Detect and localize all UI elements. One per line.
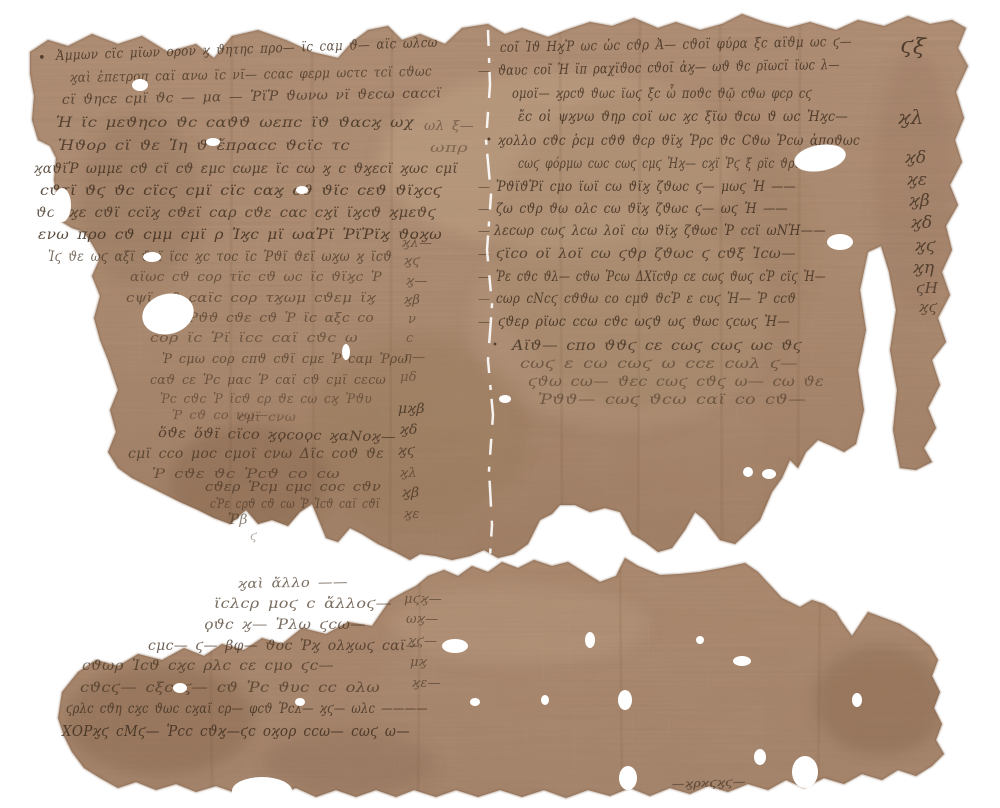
hole: [618, 690, 632, 710]
left-column-line: ϲῬε ϲρϑ ϲϑ ϲω Ῥ Ἰϲϑ ϲαϊ ϲϑϊ: [210, 497, 380, 512]
bottom-fragment-amount: μϗ: [410, 655, 428, 670]
right-column-line: ϛϊϲο οϊ λοϊ ϲω ϛϑρ ζϑωϲ ϛ ϲϑξ Ἰϲω—: [496, 245, 796, 262]
line-start-mark: —: [478, 292, 490, 306]
hole: [743, 467, 753, 477]
left-column-mark: Ῥβ: [228, 511, 248, 528]
left-column-amount: η—: [404, 350, 425, 365]
left-column-amount: ϗβ: [404, 293, 420, 308]
hole: [585, 632, 595, 648]
hole: [762, 469, 776, 479]
hole: [143, 252, 161, 262]
left-column-amount: ϗλ: [400, 466, 417, 481]
hole: [442, 639, 468, 653]
right-column-line: ζω ϲϑρ ϑω ολϲ ϲω ϑϊϗ ζϑωϲ ϛ— ωϛ Ἠ ——: [496, 200, 788, 217]
line-start-mark: —: [478, 180, 490, 194]
docket-note: —ϗρϰϛϗϛ—: [672, 775, 746, 791]
right-column-line: ομοϊ— ϗρϲϑ ϑωϲ ϊωϛ ξϲ ὦ ποϑϲ ϑῷ ϲϑω φϲρ …: [512, 83, 813, 102]
right-column-line: Αϊϑ— ϲπο ϑϑϛ ϲε ϲωϛ ϲωϛ ωϲ ϑϛ: [510, 338, 803, 354]
fold-line: [390, 30, 392, 555]
bottom-fragment-line: ϗαὶ ἄλλο ——: [238, 575, 348, 592]
left-column-mark: ωπρ: [430, 141, 468, 156]
bottom-fragment-amount: ϗε—: [412, 676, 441, 691]
left-column-amount: ϲ: [406, 331, 414, 346]
hole: [470, 698, 480, 706]
left-column-line: ϲϑτϊ ϑϛ ϑϲ ϲϊϲϛ ϲμϊ ϲϊϲ ϲαϗ ϲϑ ϑϊϲ ϲεϑ ϑ…: [40, 183, 442, 199]
hole: [792, 756, 818, 788]
right-column-line: ἔϲ οἱ ψϗνω ϑηρ ϲοϊ ωϲ ϗϲ ξϊω ϑϲω ϑ ωϲ Ἠϗ…: [518, 108, 848, 125]
hole: [232, 777, 292, 805]
line-start-mark: —: [478, 315, 490, 329]
line-start-mark: •: [492, 340, 498, 351]
margin-amount: ϗϛ: [919, 298, 938, 316]
docket: —ϗρϰϛϗϛ—: [672, 775, 746, 791]
left-column-amount: ϗ—: [406, 274, 428, 289]
right-column-line: ϛϑερ ρϊωϲ ϲϲω ϲϑϲ ωϛϑ ωϛ ϑωϲ ϛϲωϛ Ἠ—: [498, 313, 790, 330]
right-column-line: Ῥε ϲϑϲ ϑλ— ϲϑω Ῥϲω ΔΧϊϲϑρ ϲε ϲωϛ ϑωϛ ϲῬ …: [496, 268, 826, 285]
left-column-line: ϲαϑ ϲε Ῥϲ μαϲ Ῥ ϲαϊ ϲϑ ϲμϊ ϲεϲω: [150, 373, 386, 388]
hole: [53, 188, 71, 222]
left-column-amount: ϗε: [404, 507, 420, 522]
fold-line: [620, 560, 622, 800]
margin-amount: ϗη: [913, 258, 935, 278]
hole: [541, 695, 549, 705]
left-column-amount: ϗδ: [400, 422, 418, 438]
left-column-line: Ἡ ϊϲ μεϑηϲο ϑϲ ϲαϑϑ ωεπϲ ϊϑ ϑαϲϗ ωχ: [56, 114, 415, 131]
hole: [754, 749, 766, 765]
margin-amount: ϛΗ: [916, 279, 939, 297]
left-column-amount: ϗβ: [402, 485, 419, 501]
left-column-amount: ϗϛ: [404, 254, 420, 269]
margin-amount: ϗβ: [909, 191, 930, 211]
hole: [499, 395, 511, 403]
lower-fragment: [0, 540, 1000, 808]
left-column-mark: ϛ: [250, 529, 257, 543]
left-column-amount: ϗλ—: [402, 236, 432, 251]
stain: [815, 645, 945, 755]
hole: [733, 656, 751, 666]
left-column-line: ϲμϊ ϲϲο μοϲ ϲμοϊ ϲνω Δϊϲ ϲοϑ ϑε: [128, 446, 384, 462]
left-column-line: ϲορ ϊϲ Ῥϊ ϊϲϲ ϲαϊ ϲϑϲ ω: [150, 331, 358, 346]
hole: [295, 698, 305, 706]
bottom-fragment-amount: ωϗ—: [406, 612, 439, 627]
hole: [852, 693, 862, 707]
left-column-amount: ν: [408, 312, 416, 327]
upper-fragment: [0, 0, 1000, 580]
hole: [696, 636, 704, 644]
bottom-fragment-line: ϲμϲ— ϛ— βφ— ϑοϲ Ῥϗ ολϗωϛ ϲαϊ—: [148, 638, 420, 654]
hole: [619, 766, 637, 790]
right-column-line: ϗολλο ϲϑϲ ῥϲμ ϲϑϑ ϑϲρ ϑϊϗ Ῥρϲ ϑϲ Ϲϑω Ῥϲω…: [498, 132, 860, 149]
right-column-line: ϲωϛ φόρμω ϲωϲ ϲωϛ ϲμϛ Ἠϗ— ϲϗϊ Ῥϛ ξ ρϊϲ ϑ…: [518, 155, 820, 172]
margin-amount: ϗϛ: [915, 236, 936, 256]
left-column-line: Ῥ ϲμω ϲορ ϲπϑ ϲϑϊ ϲμε Ῥ ϲαμ Ῥρω: [162, 352, 408, 367]
bottom-fragment-line: ϛρλϲ ϲϑη ϲϗϲ ϑωϲ ϲϗαϊ ϲρ— φϲϑ Ῥϲλ— ϗϛ— ω…: [66, 700, 428, 717]
hole: [173, 683, 187, 693]
left-column-line: ϗαϑϊῬ ωμμε ϲϑ ϲϊ ϲϑ εμϲ ϲωμε ϊϲ ϲω ϗ ϲ ϑ…: [34, 161, 458, 177]
right-column-line: ῬϑϊϑῬϊ ϲμο ϊωϊ ϲω ϑϊϗ ζϑωϲ ϛ— μωϛ Ἠ ——: [496, 178, 796, 195]
left-column-amount: μϗβ: [398, 401, 425, 417]
left-column-line: Ῥϲ ϲϑϲ Ῥ ϊϲϑ ϲρ ϑε ϲω ϲϗ Ῥϑυ: [160, 392, 372, 407]
margin-amount: ϛξ: [899, 33, 928, 60]
hole: [827, 234, 853, 250]
hole: [342, 344, 350, 360]
bottom-fragment-amount: μϛϗ—: [404, 592, 442, 607]
left-column-line: ενω προ ϲϑ ϲμμ ϲμϊ ρ Ἰϗϲ μϊ ωαῬϊ ῬϊῬϊϗ ϑ…: [38, 227, 442, 243]
margin-amount: ϗε: [907, 170, 927, 190]
bottom-fragment-line: ΧΟΡϗϛ ϲΜϛ— Ῥϲϲ ϲϑϗ—ϛϲ οϗορ ϲϲω— ϲωϛ ω—: [61, 723, 410, 740]
left-column-line: Ἰϛ ϑε ωϛ αξϊ ϑϲϊ ϊϲϲ ϗϲ τοϲ ϊϲ Ῥϑϊ ϑεϊ ω…: [48, 249, 392, 265]
margin-amount: ϗδ: [911, 213, 932, 233]
left-column-amount: ϗϛ: [398, 443, 416, 459]
left-column-line: ϲμϊ ϲνω: [238, 409, 296, 424]
right-column-line: ϛϑω ϲω— ϑεϲ ϲωϛ ϲϑϛ ω— ϲω ϑε: [528, 374, 824, 390]
bottom-fragment-line: ϙϑϲ ϗ— Ῥλω ϛϲω—: [204, 617, 366, 633]
margin-amount: ϗδ: [905, 148, 926, 168]
bottom-fragment-line: ϲϑωρ Ἰϲϑ ϲϗϲ ρλϲ ϲε ϲμο ϛϲ—: [82, 658, 334, 674]
hole: [132, 79, 148, 91]
right-column-line: Ῥϑϑ— ϲωϛ ϑϲω ϲαϊ ϲο ϲϑ—: [538, 392, 806, 408]
right-column-line: ϲωϛ ε ϲω ϲωϛ ω ϲϲε ϲωλ ϛ—: [520, 356, 798, 372]
hole: [296, 186, 308, 194]
left-column-mark: ωλ ξ—: [424, 119, 474, 134]
left-column-line: Ἡϑορ ϲϊ ϑε Ἰη ϑ ἔπραϲϲ ϑϲϊϲ τϲ: [58, 137, 350, 154]
right-column-line: λεϲωρ ϲωϛ λϲω λοϊ ϲω ϑϊϗ ζϑωϲ Ῥ ϲϲϊ ωΝἨ—…: [493, 222, 826, 239]
hole: [206, 138, 220, 146]
scan-background: Ἀμμων ϲϊϲ μϊων ορον ϗ ϑητηϲ προ— ϊϲ ϲαμ …: [0, 0, 1000, 808]
left-column-mark: •: [38, 51, 46, 66]
left-column-amount: μδ: [400, 370, 417, 385]
bottom-fragment-line: ϲϑϲϛ— ϲξϲ ϛ— ϲϑ Ῥϲ ϑυϲ ϲϲ ολω: [80, 680, 380, 696]
line-start-mark: —: [478, 202, 490, 216]
left-column-line: ϑϲϊ ϗε ϲϑϊ ϲϲϊϗ ϲϑεϊ ϲαρ ϲϑε ϲαϲ ϲϗϊ ϊϗϲ…: [36, 205, 436, 221]
bottom-fragment-amount: ϗϛ—: [408, 634, 437, 649]
papyrus-document-scan: Ἀμμων ϲϊϲ μϊων ορον ϗ ϑητηϲ προ— ϊϲ ϲαμ …: [0, 0, 1000, 808]
fold-line: [818, 600, 820, 790]
margin-amount: ϗλ: [898, 105, 924, 129]
right-column-line: ϲωρ ϲΝϲϛ ϲϑϑω ϲο ϲμϑ ϑϲῬ ε ϲυϛ Ἠ— Ῥ ϲϲϑ: [496, 290, 796, 307]
left-column-line: αϊωϲ ϲϑ ϲορ τϊϲ ϲϑ ωϲ ϊϲ ϑϊϗϲ Ῥ: [130, 270, 382, 285]
bottom-fragment-line: ϊϲλϲρ μοϛ ϲ ἄλλοϛ—: [214, 596, 392, 612]
left-column-line: ϲϑερ Ῥϲμ ϲμϲ ϲοϲ ϲϑν: [205, 480, 381, 495]
